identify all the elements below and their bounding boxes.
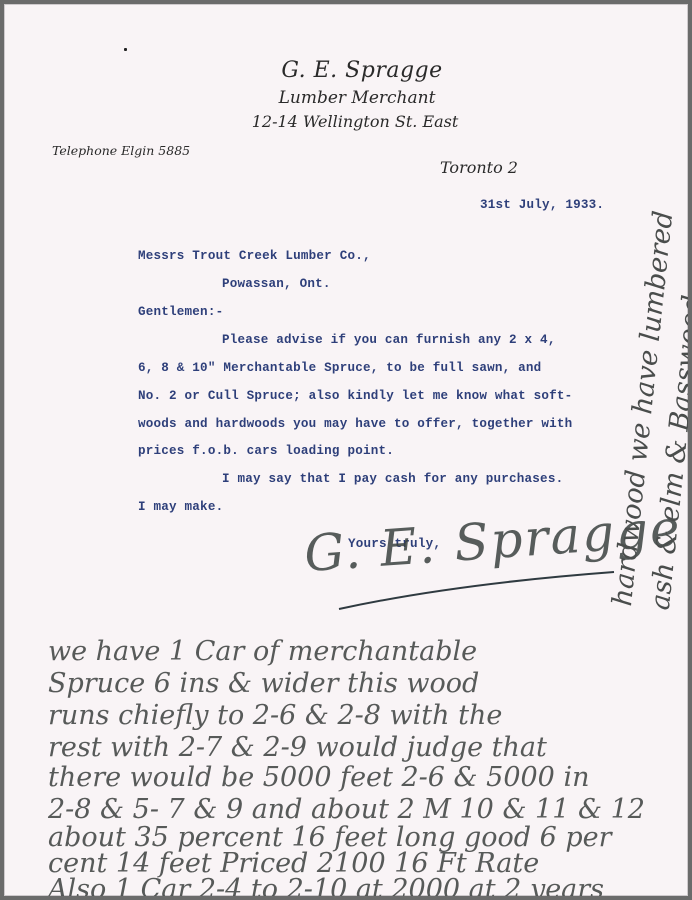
body-line: No. 2 or Cull Spruce; also kindly let me…: [138, 389, 572, 403]
body-line: 6, 8 & 10" Merchantable Spruce, to be fu…: [138, 361, 541, 375]
handwritten-line: 2-8 & 5- 7 & 9 and about 2 M 10 & 11 & 1…: [48, 794, 645, 825]
recipient-name: Messrs Trout Creek Lumber Co.,: [138, 249, 371, 263]
body-line: woods and hardwoods you may have to offe…: [138, 417, 572, 431]
handwritten-line: Also 1 Car 2-4 to 2-10 at 2000 at 2 year…: [48, 874, 604, 896]
letterhead-city: Toronto 2: [440, 158, 518, 177]
body-line: I may say that I pay cash for any purcha…: [222, 472, 563, 486]
letter-page: G. E. Spragge Lumber Merchant 12-14 Well…: [4, 4, 688, 896]
letterhead-address: 12-14 Wellington St. East: [240, 112, 470, 131]
body-line: I may make.: [138, 500, 223, 514]
margin-note: hardwood we have lumbered ash & elm & Ba…: [604, 209, 688, 612]
letterhead-telephone: Telephone Elgin 5885: [52, 143, 190, 158]
recipient-location: Powassan, Ont.: [222, 277, 331, 291]
salutation: Gentlemen:-: [138, 305, 223, 319]
handwritten-line: rest with 2-7 & 2-9 would judge that: [48, 732, 547, 763]
body-line: Please advise if you can furnish any 2 x…: [222, 333, 556, 347]
handwritten-line: we have 1 Car of merchantable: [48, 636, 477, 667]
body-line: prices f.o.b. cars loading point.: [138, 444, 394, 458]
letterhead-title: Lumber Merchant: [252, 88, 462, 108]
ink-speck: [124, 48, 127, 51]
letter-date: 31st July, 1933.: [480, 198, 604, 212]
letterhead-name: G. E. Spragge: [272, 58, 452, 83]
handwritten-line: Spruce 6 ins & wider this wood: [48, 668, 479, 699]
handwritten-line: runs chiefly to 2-6 & 2-8 with the: [48, 700, 502, 731]
signature-flourish: [334, 564, 624, 614]
handwritten-line: there would be 5000 feet 2-6 & 5000 in: [48, 762, 589, 793]
